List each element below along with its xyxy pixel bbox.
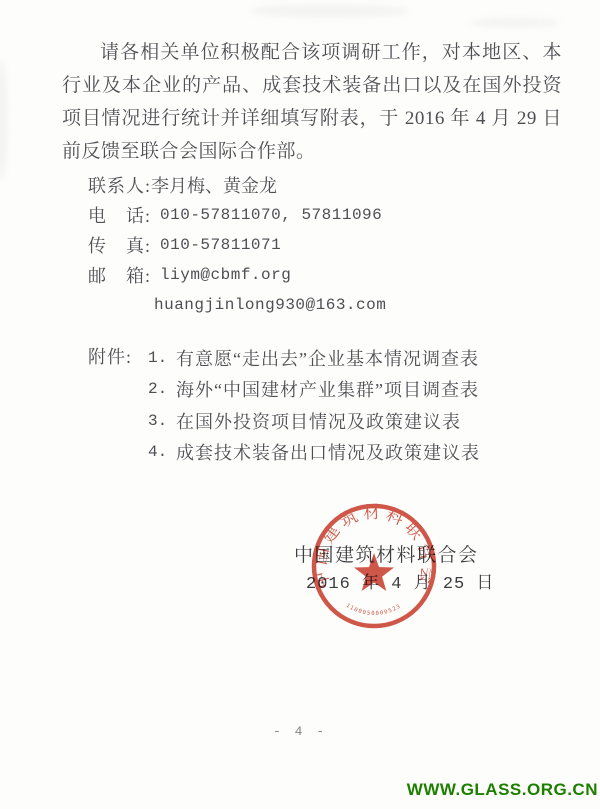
attachment-item: 4. 成套技术装备出口情况及政策建议表 [148,437,480,469]
attachment-number: 2. [148,380,176,398]
phone-label: 电 话: [88,202,151,228]
attachment-item: 3. 在国外投资项目情况及政策建议表 [148,405,480,437]
contact-person-label: 联系人: [88,172,151,198]
email-label: 邮 箱: [88,262,151,288]
attachments-block: 附件: 1. 有意愿“走出去”企业基本情况调查表 2. 海外“中国建材产业集群”… [88,342,480,468]
fax-line: 传 真: 010-57811071 [88,230,386,260]
attachment-item: 2. 海外“中国建材产业集群”项目调查表 [148,374,480,406]
attachment-title: 有意愿“走出去”企业基本情况调查表 [176,345,479,371]
scan-artifact [0,60,8,180]
attachment-title: 海外“中国建材产业集群”项目调查表 [176,376,479,402]
attachments-label: 附件: [88,342,148,374]
attachment-title: 在国外投资项目情况及政策建议表 [176,408,461,434]
email-line: 邮 箱: liym@cbmf.org [88,260,386,290]
attachments-list: 1. 有意愿“走出去”企业基本情况调查表 2. 海外“中国建材产业集群”项目调查… [148,342,480,468]
fax-label: 传 真: [88,232,151,258]
attachment-item: 1. 有意愿“走出去”企业基本情况调查表 [148,342,480,374]
scan-artifact [470,18,560,28]
official-seal: 中国建筑材料联合会 1100050000523 [309,501,439,631]
email-primary: liym@cbmf.org [160,266,291,284]
attachment-title: 成套技术装备出口情况及政策建议表 [176,439,480,465]
phone-value: 010-57811070, 57811096 [160,206,382,224]
scan-artifact [250,4,410,18]
contact-block: 联系人: 李月梅、黄金龙 电 话: 010-57811070, 57811096… [88,170,386,320]
contact-person-names: 李月梅、黄金龙 [151,172,277,198]
fax-value: 010-57811071 [160,236,281,254]
site-watermark: WWW.GLASS.ORG.CN [407,780,598,800]
star-icon [354,553,394,591]
page-number: - 4 - [0,724,600,739]
email-secondary-line: huangjinlong930@163.com [88,290,386,320]
attachment-number: 4. [148,443,176,461]
contact-person-line: 联系人: 李月梅、黄金龙 [88,170,386,200]
scanned-document-page: 请各相关单位积极配合该项调研工作，对本地区、本行业及本企业的产品、成套技术装备出… [0,0,600,809]
phone-line: 电 话: 010-57811070, 57811096 [88,200,386,230]
seal-code-text: 1100050000523 [345,603,403,617]
email-secondary: huangjinlong930@163.com [154,296,386,314]
attachment-number: 1. [148,349,176,367]
body-paragraph: 请各相关单位积极配合该项调研工作，对本地区、本行业及本企业的产品、成套技术装备出… [62,36,562,168]
attachment-number: 3. [148,412,176,430]
